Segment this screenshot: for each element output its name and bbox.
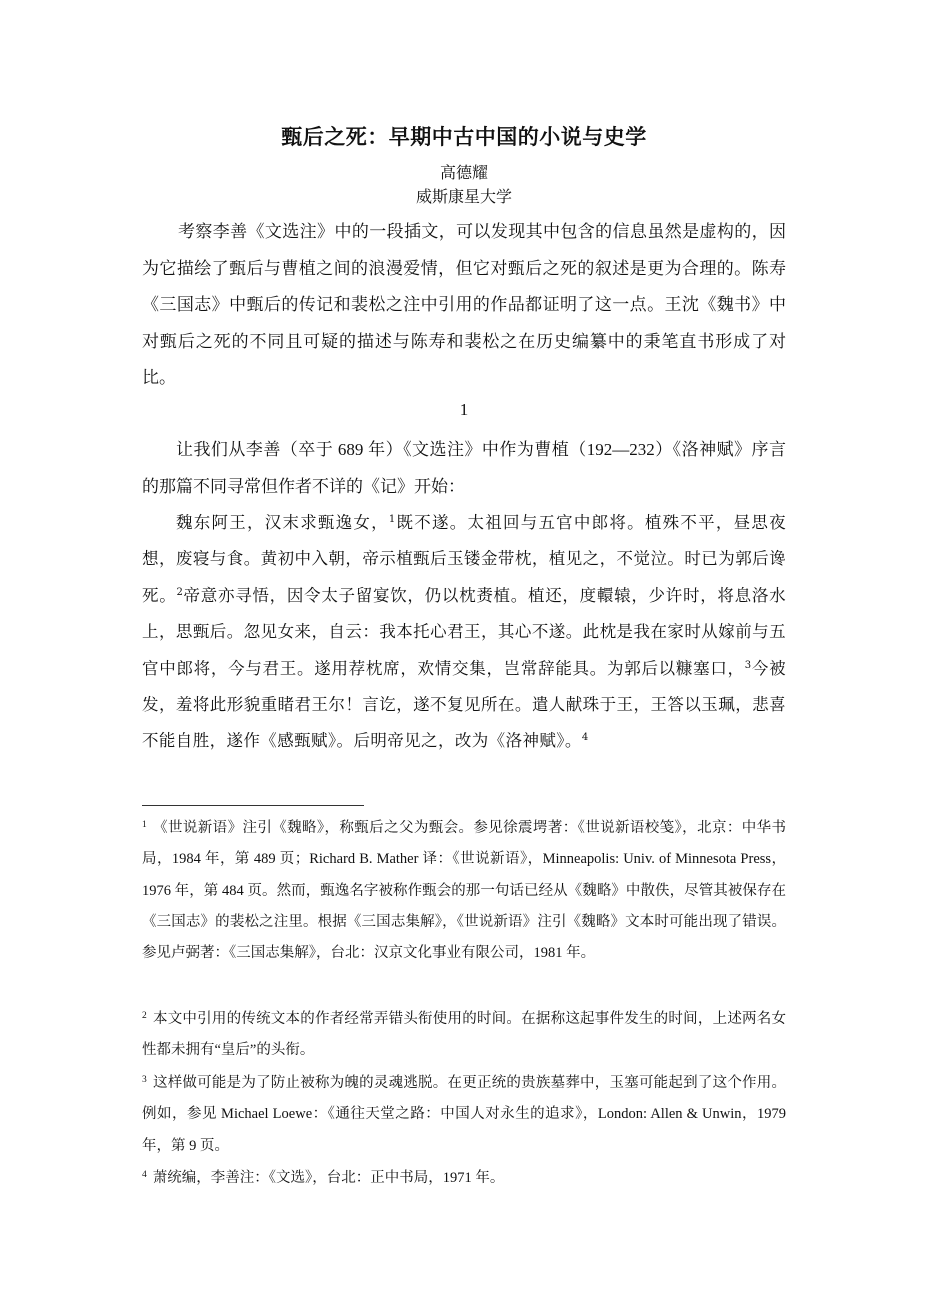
quote-segment: 帝意亦寻悟，因令太子留宴饮，仍以枕赉植。植还，度轘辕，少许时，将息洛水上，思甄后… [142, 586, 786, 678]
author-affiliation: 威斯康星大学 [142, 186, 786, 208]
footnote-4: 4萧统编，李善注：《文选》，台北：正中书局，1971 年。 [142, 1163, 786, 1194]
quote-segment: 魏东阿王，汉末求甄逸女， [176, 513, 389, 532]
intro-paragraph: 让我们从李善（卒于 689 年）《文选注》中作为曹植（192—232）《洛神赋》… [142, 432, 786, 505]
footnote-mark: 2 [142, 1011, 147, 1021]
footnote-text: 萧统编，李善注：《文选》，台北：正中书局，1971 年。 [153, 1170, 505, 1186]
footnote-text: 本文中引用的传统文本的作者经常弄错头衔使用的时间。在据称这起事件发生的时间，上述… [142, 1011, 786, 1058]
footnote-ref-1[interactable]: 1 [389, 514, 396, 525]
footnote-separator [142, 805, 364, 806]
footnote-2: 2本文中引用的传统文本的作者经常弄错头衔使用的时间。在据称这起事件发生的时间，上… [142, 1004, 786, 1067]
author-name: 高德耀 [142, 162, 786, 184]
footnote-text: 这样做可能是为了防止被称为魄的灵魂逃脱。在更正统的贵族墓葬中，玉塞可能起到了这个… [142, 1075, 786, 1154]
footnote-ref-4[interactable]: 4 [582, 732, 589, 743]
footnote-ref-3[interactable]: 3 [745, 660, 752, 671]
footnote-mark: 3 [142, 1075, 147, 1085]
footnote-1: 1《世说新语》注引《魏略》，称甄后之父为甄会。参见徐震堮著：《世说新语校笺》，北… [142, 813, 786, 969]
footnote-3: 3这样做可能是为了防止被称为魄的灵魂逃脱。在更正统的贵族墓葬中，玉塞可能起到了这… [142, 1068, 786, 1162]
paper-title: 甄后之死：早期中古中国的小说与史学 [142, 122, 786, 152]
abstract-paragraph: 考察李善《文选注》中的一段插文，可以发现其中包含的信息虽然是虚构的，因为它描绘了… [142, 214, 786, 397]
footnote-mark: 4 [142, 1170, 147, 1180]
section-number: 1 [142, 397, 786, 423]
quoted-passage: 魏东阿王，汉末求甄逸女，1既不遂。太祖回与五官中郎将。植殊不平，昼思夜想，废寝与… [142, 505, 786, 760]
footnote-mark: 1 [142, 820, 147, 830]
footnote-text: 《世说新语》注引《魏略》，称甄后之父为甄会。参见徐震堮著：《世说新语校笺》，北京… [142, 820, 786, 961]
